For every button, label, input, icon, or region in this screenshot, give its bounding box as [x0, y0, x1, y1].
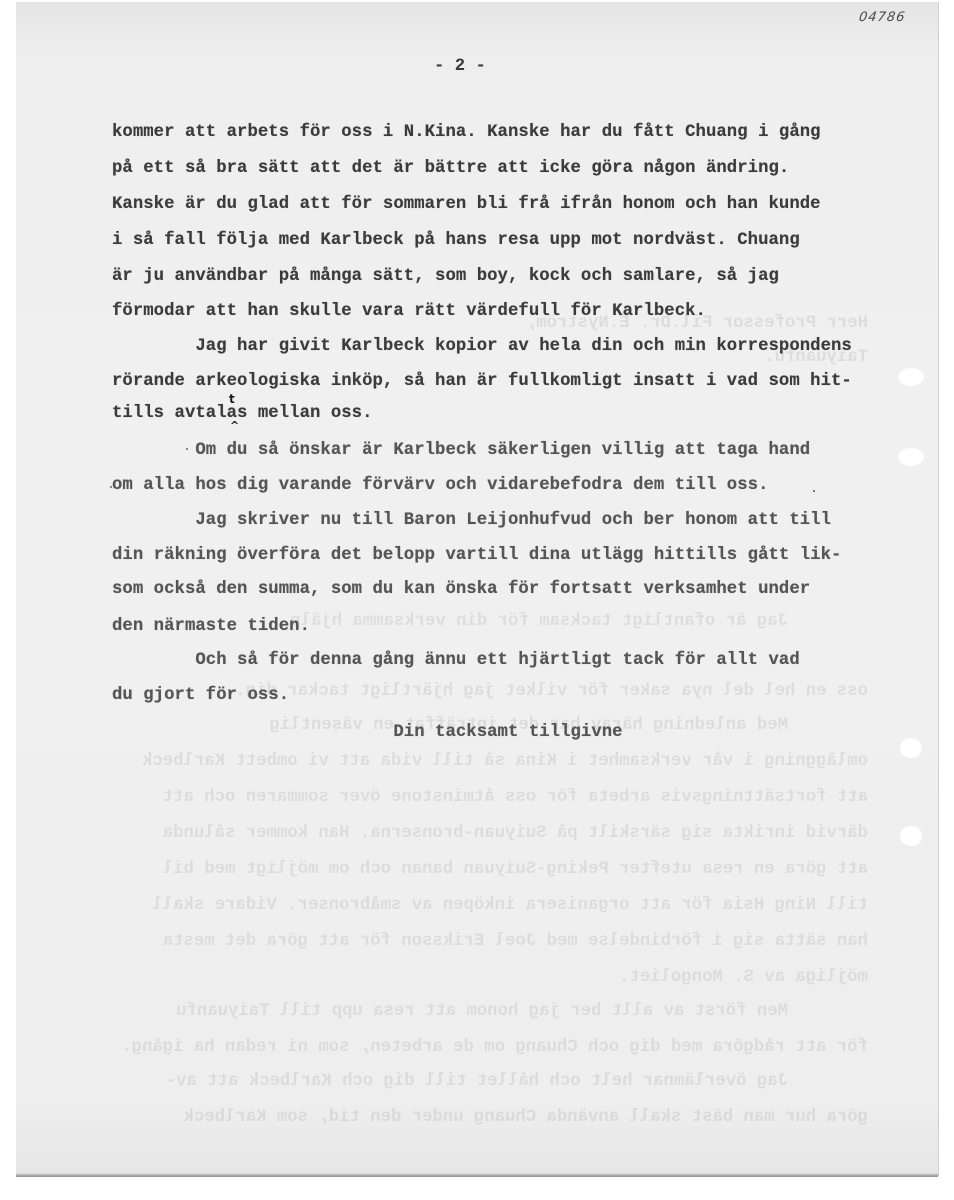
body-line: Och så för denna gång ännu ett hjärtligt…: [112, 651, 800, 670]
body-line: du gjort för oss.: [112, 686, 289, 705]
bleed-line: Jag är ofantligt tacksam för din verksam…: [290, 612, 788, 631]
body-line: Din tacksamt tillgivne: [112, 723, 623, 742]
page-number: - 2 -: [434, 57, 486, 76]
body-line: din räkning överföra det belopp vartill …: [112, 546, 841, 565]
body-line: Kanske är du glad att för sommaren bli f…: [112, 195, 821, 214]
stray-mark: [110, 486, 112, 488]
stray-mark: [813, 490, 815, 492]
bleed-line: därvid inrikta sig särskilt på Suiyuan-b…: [163, 824, 868, 843]
punch-hole: [897, 367, 925, 387]
archive-number: 04786: [858, 10, 906, 25]
punch-hole: [899, 737, 923, 759]
bleed-line: för att rådgöra med dig och Chuang om de…: [121, 1038, 868, 1057]
stray-mark: [186, 448, 188, 450]
body-line: kommer att arbets för oss i N.Kina. Kans…: [112, 123, 821, 142]
bleed-line: omläggning i vår verksamhet i Kina så ti…: [142, 752, 868, 771]
bleed-line: möjliga av S. Mongoliet.: [619, 968, 868, 987]
body-line: den närmaste tiden.: [112, 617, 310, 636]
punch-hole: [897, 447, 925, 467]
bleed-line: oss en hel del nya saker för vilket jag …: [235, 682, 868, 701]
body-line: som också den summa, som du kan önska fö…: [112, 580, 810, 599]
bleed-line: han sätta sig i förbindelse med Joel Eri…: [163, 932, 868, 951]
bleed-line: att fortsättningsvis arbeta för oss åtmi…: [163, 788, 868, 807]
body-line: rörande arkeologiska inköp, så han är fu…: [112, 372, 852, 391]
page-edge-shadow: [16, 1173, 938, 1176]
body-line: är ju användbar på många sätt, som boy, …: [112, 267, 779, 286]
body-line: Jag har givit Karlbeck kopior av hela di…: [112, 337, 852, 356]
bleed-line: Jag överlämnar helt och hållet till dig …: [166, 1072, 788, 1091]
bleed-line: Men först av allt ber jag honom att resa…: [176, 1002, 788, 1021]
document-page: Herr Professor Fil.Dr. E.Nyström, Taiyua…: [16, 2, 938, 1176]
body-line: tills avtalas mellan oss.: [112, 404, 373, 423]
body-line: på ett så bra sätt att det är bättre att…: [112, 159, 789, 178]
body-line: förmodar att han skulle vara rätt värdef…: [112, 302, 706, 321]
body-line: om alla hos dig varande förvärv och vida…: [112, 476, 769, 495]
bleed-line: att göra en resa utefter Peking-Suiyuan …: [163, 860, 868, 879]
punch-hole: [899, 825, 923, 847]
handwritten-correction-letter: t: [229, 392, 235, 406]
body-line: i så fall följa med Karlbeck på hans res…: [112, 231, 800, 250]
bleed-line: till Ning Hsia för att organisera inköpe…: [152, 896, 868, 915]
bleed-line: göra hur man bäst skall använda Chuang u…: [184, 1108, 868, 1127]
body-line: Om du så önskar är Karlbeck säkerligen v…: [112, 441, 810, 460]
caret-mark: ^: [230, 419, 239, 432]
body-line: Jag skriver nu till Baron Leijonhufvud o…: [112, 511, 831, 530]
